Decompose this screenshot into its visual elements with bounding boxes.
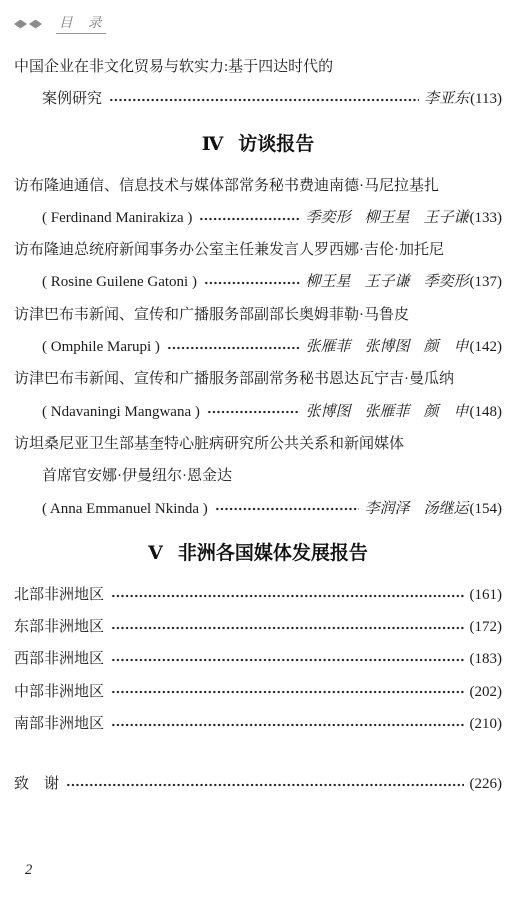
page-number: 2 <box>25 862 32 879</box>
toc-text-line: 中国企业在非文化贸易与软实力:基于四达时代的 <box>14 51 502 83</box>
dot-leader <box>110 684 463 699</box>
author-name: 王子谦 <box>364 274 409 290</box>
entry-authors: 张博图张雁菲颜 申 <box>305 396 468 428</box>
author-name: 柳王星 <box>305 274 350 290</box>
entry-page: (210) <box>470 708 503 740</box>
entry-title: 北部非洲地区 <box>14 579 104 611</box>
toc-text-line: 访津巴布韦新闻、宣传和广播服务部副部长奥姆菲勒·马鲁皮 <box>14 299 502 331</box>
section-number: Ⅳ <box>202 134 224 155</box>
toc-entry: 东部非洲地区(172) <box>14 611 502 643</box>
entry-title: 案例研究 <box>42 83 102 115</box>
author-name: 季奕形 <box>423 274 468 290</box>
author-name: 颜 申 <box>423 404 468 420</box>
dot-leader <box>65 777 463 792</box>
author-name: 王子谦 <box>423 210 468 226</box>
entry-page: (137) <box>470 266 503 298</box>
entry-title: 西部非洲地区 <box>14 643 104 675</box>
entry-page: (161) <box>470 579 503 611</box>
author-name: 颜 申 <box>423 339 468 355</box>
entry-page: (202) <box>470 676 503 708</box>
section-number: Ⅴ <box>148 543 163 564</box>
dot-leader <box>214 501 360 516</box>
toc-entry: ( Omphile Marupi )张雁菲张博图颜 申(142) <box>14 331 502 363</box>
toc-body: 中国企业在非文化贸易与软实力:基于四达时代的案例研究李亚东(113)Ⅳ访谈报告访… <box>14 51 502 801</box>
dot-leader <box>198 211 300 226</box>
entry-title: 中部非洲地区 <box>14 676 104 708</box>
toc-entry: 中部非洲地区(202) <box>14 676 502 708</box>
diamond-icon <box>14 20 27 29</box>
entry-title: ( Omphile Marupi ) <box>42 331 160 363</box>
entry-page: (154) <box>470 493 503 525</box>
toc-entry: ( Rosine Guilene Gatoni )柳王星王子谦季奕形(137) <box>14 266 502 298</box>
toc-entry: ( Ferdinand Manirakiza )季奕形柳王星王子谦(133) <box>14 202 502 234</box>
toc-entry: ( Ndavaningi Mangwana )张博图张雁菲颜 申(148) <box>14 396 502 428</box>
entry-authors: 李亚东 <box>424 83 469 115</box>
dot-leader <box>166 340 301 355</box>
entry-page: (172) <box>470 611 503 643</box>
entry-authors: 柳王星王子谦季奕形 <box>305 266 468 298</box>
section-title: 非洲各国媒体发展报告 <box>178 543 368 564</box>
entry-authors: 李润泽汤继运 <box>364 493 468 525</box>
toc-text-line: 访布隆迪通信、信息技术与媒体部常务秘书费迪南德·马尼拉基扎 <box>14 170 502 202</box>
header-title: 目 录 <box>56 15 106 34</box>
toc-entry: 案例研究李亚东(113) <box>14 83 502 115</box>
author-name: 张博图 <box>364 339 409 355</box>
entry-title: 致 谢 <box>14 768 59 800</box>
entry-page: (142) <box>470 331 503 363</box>
toc-text-line: 首席官安娜·伊曼纽尔·恩金达 <box>14 460 502 492</box>
toc-text-line: 访津巴布韦新闻、宣传和广播服务部副常务秘书恩达瓦宁吉·曼瓜纳 <box>14 363 502 395</box>
toc-page: 目 录 中国企业在非文化贸易与软实力:基于四达时代的案例研究李亚东(113)Ⅳ访… <box>0 0 518 801</box>
dot-leader <box>110 620 463 635</box>
dot-leader <box>110 717 463 732</box>
entry-title: 南部非洲地区 <box>14 708 104 740</box>
section-heading: Ⅳ访谈报告 <box>14 130 502 160</box>
toc-entry: 致 谢(226) <box>14 768 502 800</box>
section-heading: Ⅴ非洲各国媒体发展报告 <box>14 539 502 569</box>
entry-title: ( Rosine Guilene Gatoni ) <box>42 266 197 298</box>
author-name: 张雁菲 <box>305 339 350 355</box>
toc-text-line: 访布隆迪总统府新闻事务办公室主任兼发言人罗西娜·吉伦·加托尼 <box>14 234 502 266</box>
toc-text-line: 访坦桑尼亚卫生部基奎特心脏病研究所公共关系和新闻媒体 <box>14 428 502 460</box>
author-name: 汤继运 <box>423 501 468 517</box>
author-name: 张雁菲 <box>364 404 409 420</box>
entry-page: (226) <box>470 768 503 800</box>
toc-entry: 北部非洲地区(161) <box>14 579 502 611</box>
author-name: 李润泽 <box>364 501 409 517</box>
toc-entry: 南部非洲地区(210) <box>14 708 502 740</box>
diamond-icon <box>29 20 42 29</box>
toc-entry: ( Anna Emmanuel Nkinda )李润泽汤继运(154) <box>14 493 502 525</box>
author-name: 张博图 <box>305 404 350 420</box>
entry-page: (148) <box>470 396 503 428</box>
entry-page: (183) <box>470 643 503 675</box>
author-name: 柳王星 <box>364 210 409 226</box>
entry-page: (133) <box>470 202 503 234</box>
dot-leader <box>206 404 301 419</box>
entry-page: (113) <box>470 83 502 115</box>
toc-entry: 西部非洲地区(183) <box>14 643 502 675</box>
dot-leader <box>110 652 463 667</box>
dot-leader <box>203 275 300 290</box>
entry-title: 东部非洲地区 <box>14 611 104 643</box>
entry-title: ( Ferdinand Manirakiza ) <box>42 202 192 234</box>
section-title: 访谈报告 <box>238 134 314 155</box>
author-name: 李亚东 <box>424 91 469 107</box>
entry-title: ( Ndavaningi Mangwana ) <box>42 396 200 428</box>
entry-authors: 张雁菲张博图颜 申 <box>305 331 468 363</box>
entry-title: ( Anna Emmanuel Nkinda ) <box>42 493 208 525</box>
page-header: 目 录 <box>14 14 502 34</box>
dot-leader <box>110 588 463 603</box>
dot-leader <box>108 92 419 107</box>
author-name: 季奕形 <box>305 210 350 226</box>
entry-authors: 季奕形柳王星王子谦 <box>305 202 468 234</box>
